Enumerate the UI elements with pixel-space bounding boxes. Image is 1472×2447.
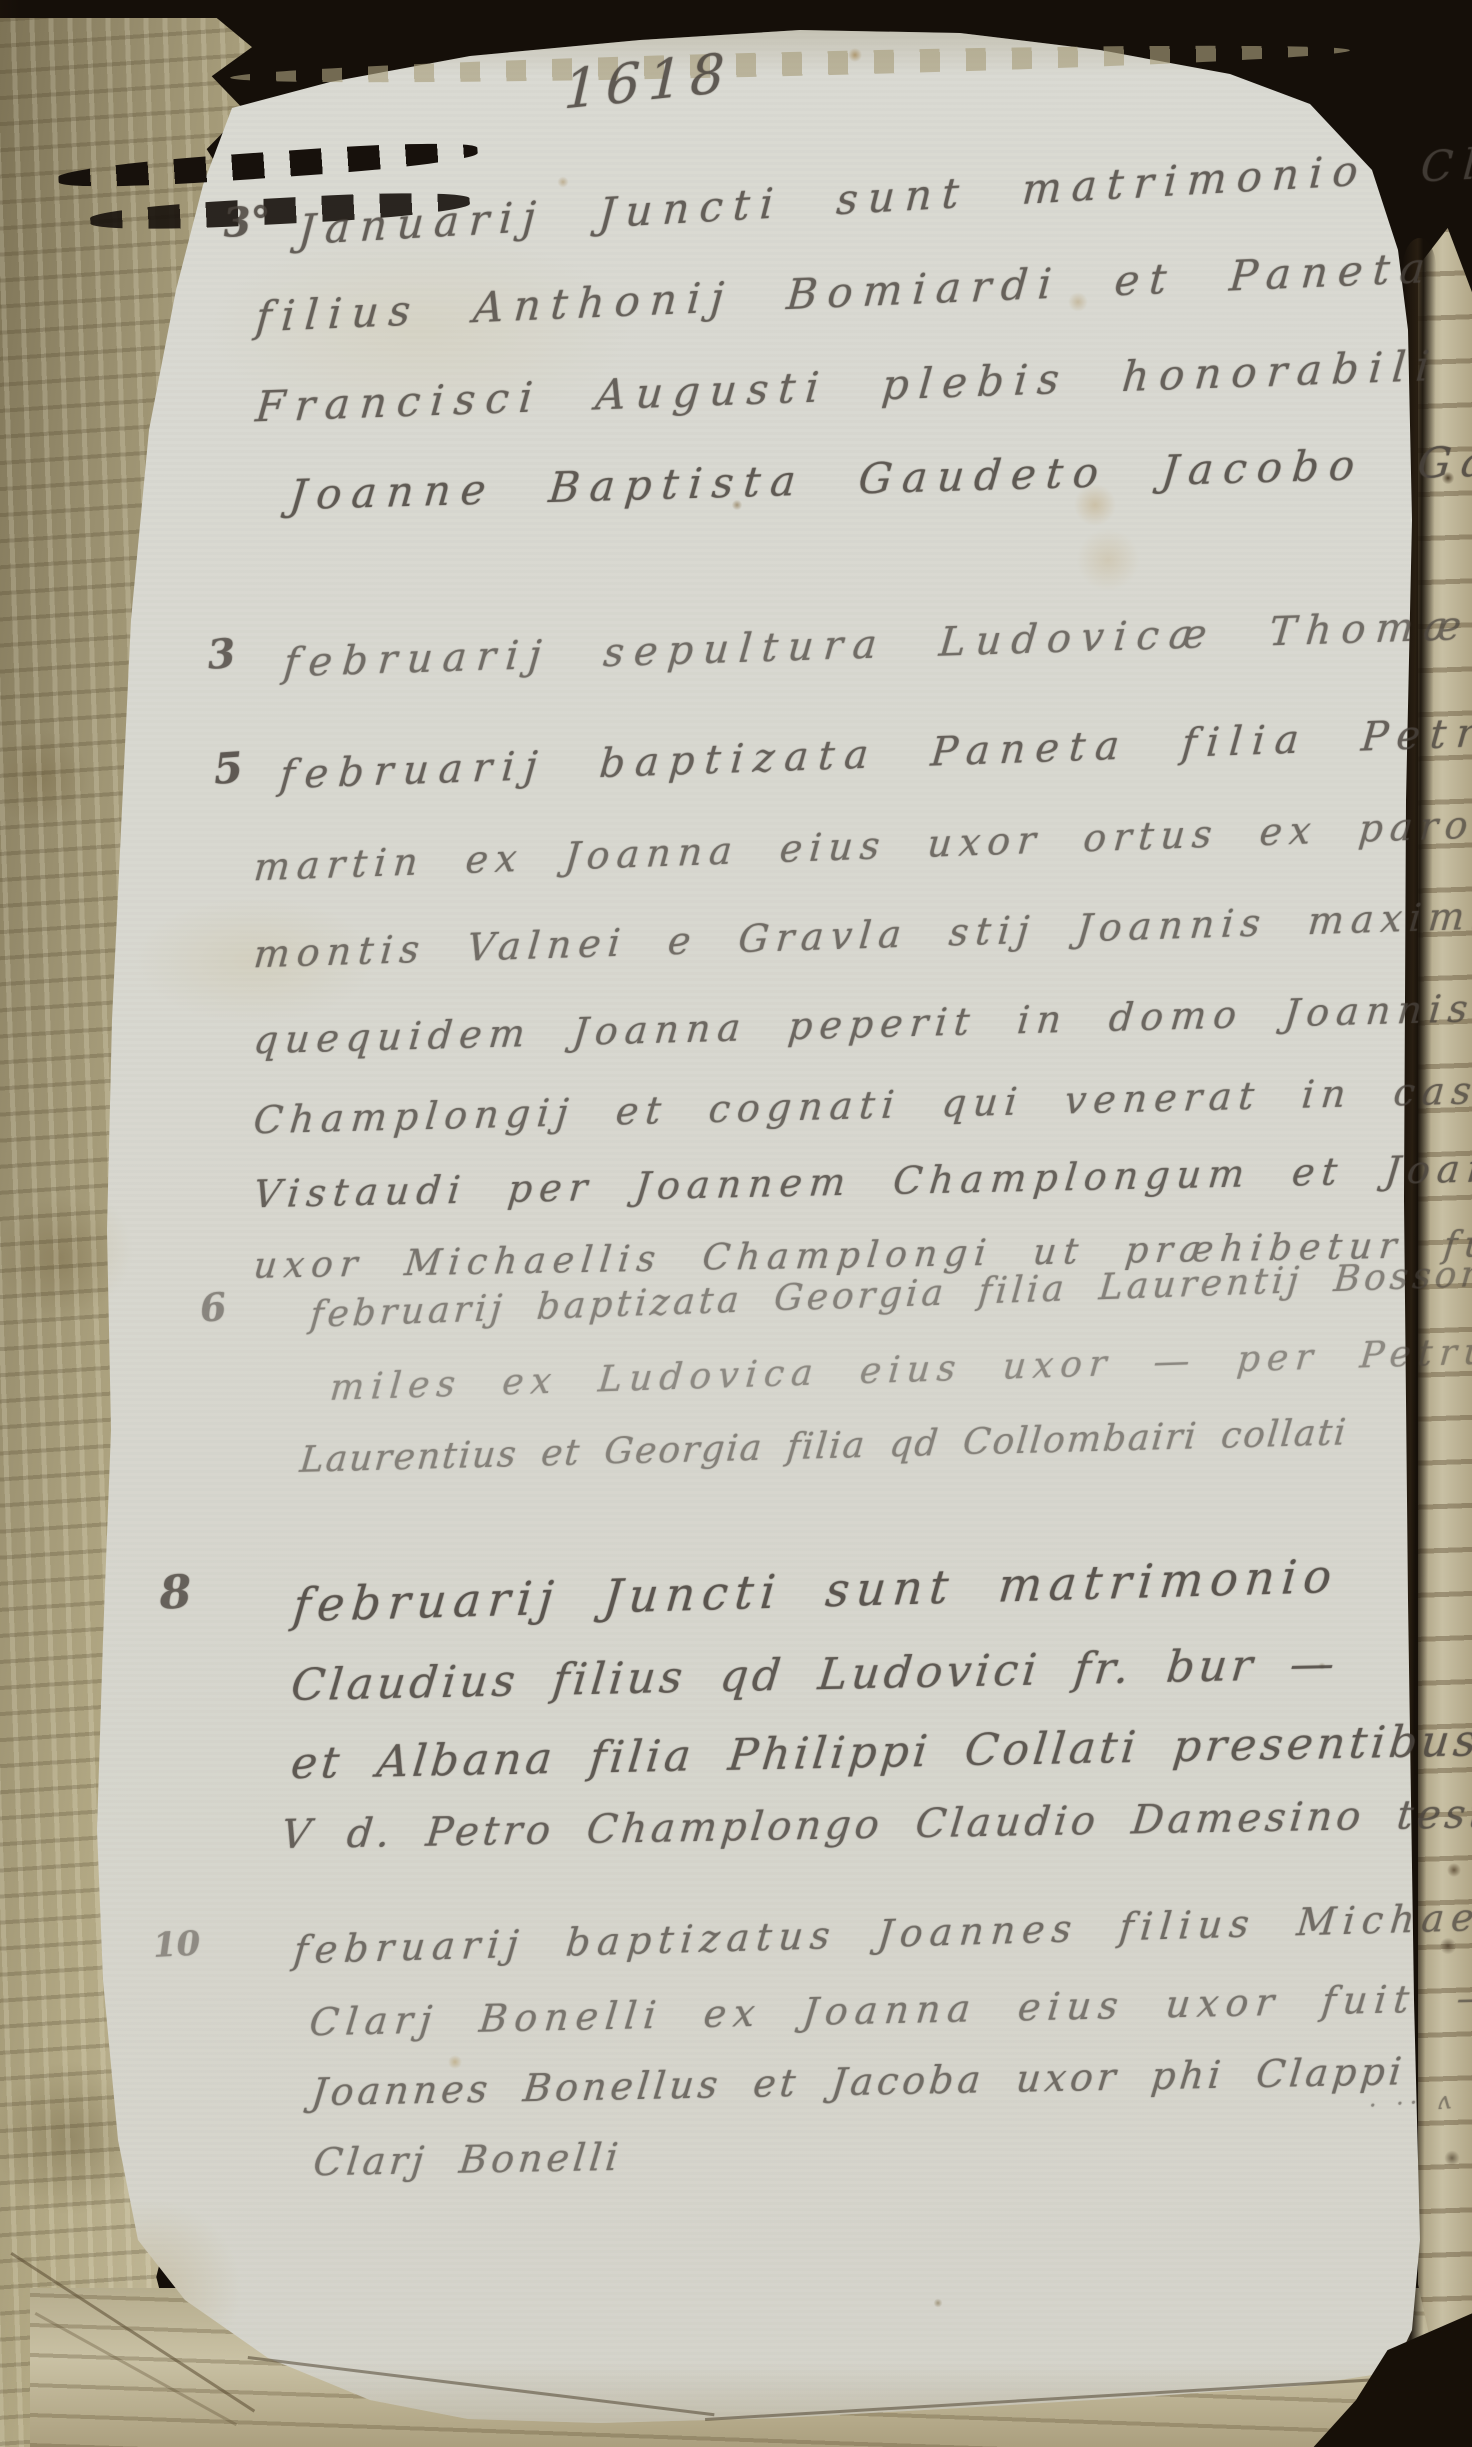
entry-line: Joannes Bonellus et Jacoba uxor phi Clap…: [309, 2049, 1407, 2114]
entry-line: februarij Juncti sunt matrimonio: [291, 1549, 1341, 1632]
entry-line: Clarj Bonelli ex Joanna eius uxor fuit —: [308, 1975, 1472, 2044]
entry-line: et Albana filia Philippi Collati present…: [289, 1715, 1472, 1789]
entry-line: februarij sepultura Ludovicæ Thomæ: [282, 603, 1472, 686]
entry-line: Vistaudi per Joannem Champlongum et Joan…: [252, 1144, 1472, 1217]
entry-margin-day: 5: [212, 743, 245, 794]
entry-line: Clarj Bonelli: [311, 2135, 624, 2184]
entry-line: montis Valnei e Gravla stij Joannis maxi…: [252, 892, 1472, 976]
entry-line: februarij baptizata Paneta filia Petri: [278, 709, 1472, 798]
entry-line: quequidem Joanna peperit in domo Joannis: [252, 986, 1472, 1062]
margin-marks: · ·· ʌ: [1368, 2086, 1457, 2120]
entry-margin-day: 3: [206, 630, 237, 679]
entry-margin-day: 3°: [222, 197, 272, 246]
entry-line: V d. Petro Champlongo Claudio Damesino t…: [279, 1789, 1472, 1858]
entry-line: Januarij Juncti sunt matrimonio Claudius: [297, 127, 1472, 254]
entry-margin-day: 8: [158, 1564, 193, 1620]
entry-line: Francisci Augusti plebis honorabili —: [254, 337, 1472, 431]
entry-line: Claudius filius qd Ludovici fr. bur —: [289, 1638, 1341, 1711]
handwritten-text-layer: 1618 3° Januarij Juncti sunt matrimonio …: [0, 0, 1472, 2447]
entry-line: miles ex Ludovica eius uxor — per Petrum: [328, 1330, 1472, 1409]
entry-line: februarij baptizatus Joannes filius Mich…: [292, 1893, 1472, 1973]
year-heading: 1618: [563, 40, 734, 121]
manuscript-photo: 1618 3° Januarij Juncti sunt matrimonio …: [0, 0, 1472, 2447]
entry-margin-day: 10: [152, 1924, 201, 1966]
entry-line: martin ex Joanna eius uxor ortus ex paro…: [252, 799, 1472, 889]
entry-line: Joanne Baptista Gaudeto Jacobo Gaudete: [287, 432, 1472, 520]
entry-margin-day: 6: [198, 1284, 228, 1331]
entry-line: Laurentius et Georgia filia qd Collombai…: [298, 1413, 1349, 1482]
entry-line: Champlongij et cognati qui venerat in ca…: [252, 1066, 1472, 1142]
entry-line: filius Anthonij Bomiardi et Paneta filia: [254, 235, 1472, 341]
